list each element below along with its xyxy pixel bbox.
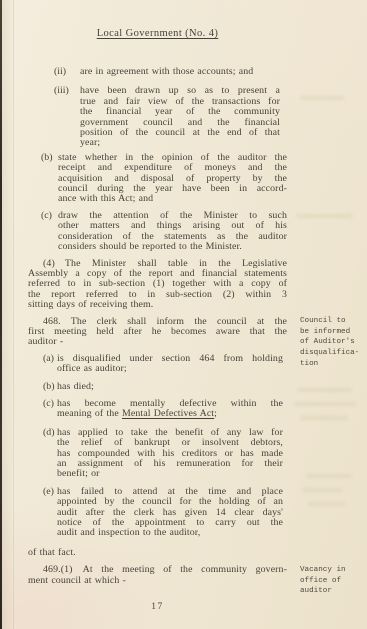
- list-label: (b): [43, 382, 57, 392]
- closing-phrase: of that fact.: [28, 548, 287, 558]
- show-through-mark: [296, 214, 352, 218]
- list-item-line: meaning of the Mental Defectives Act;: [57, 409, 283, 419]
- paper-crease: [13, 0, 14, 629]
- list-label: (ii): [54, 67, 80, 77]
- list-label: (d): [43, 428, 57, 438]
- show-through-mark: [298, 388, 352, 392]
- show-through-mark: [306, 474, 352, 478]
- show-through-mark: [294, 402, 356, 406]
- list-item-text: is disqualified under section 464 from h…: [57, 354, 283, 375]
- show-through-mark: [302, 488, 342, 492]
- list-label: (b): [41, 153, 58, 163]
- list-item-text: are in agreement with those accounts; an…: [80, 67, 280, 77]
- list-label: (a): [43, 354, 57, 364]
- line-text: meaning of the: [57, 408, 122, 419]
- running-header: Local Government (No. 4): [28, 28, 287, 40]
- text-column: Local Government (No. 4) (ii) are in agr…: [28, 0, 287, 612]
- list-item-468-b: (b) has died;: [28, 382, 287, 392]
- list-item-b: (b) state whether in the opinion of the …: [28, 153, 287, 205]
- list-item-468-c: (c) has become mentally defective within…: [28, 399, 287, 420]
- running-header-text: Local Government (No. 4): [97, 28, 219, 39]
- list-label: (e): [43, 487, 57, 497]
- list-item-468-a: (a) is disqualified under section 464 fr…: [28, 354, 287, 375]
- list-item-text: has applied to take the benefit of any l…: [57, 428, 283, 480]
- scanned-statute-page: Local Government (No. 4) (ii) are in agr…: [0, 0, 367, 629]
- list-item-text: has become mentally defective within the…: [57, 399, 283, 420]
- page-number: 17: [28, 602, 287, 612]
- list-item-468-e: (e) has failed to attend at the time and…: [28, 487, 287, 539]
- list-item-text: draw the attention of the Minister to su…: [58, 211, 287, 253]
- list-item-text: has died;: [57, 382, 283, 392]
- show-through-mark: [300, 96, 344, 100]
- show-through-mark: [300, 416, 348, 420]
- list-item-c: (c) draw the attention of the Minister t…: [28, 211, 287, 253]
- list-label: (iii): [54, 86, 80, 96]
- list-item-ii: (ii) are in agreement with those account…: [28, 67, 287, 77]
- list-item-text: has failed to attend at the time and pla…: [57, 487, 283, 539]
- margin-note-vacancy: Vacancy inoffice ofauditor: [300, 565, 366, 597]
- show-through-mark: [308, 502, 346, 506]
- section-469-opening: 469.(1) At the meeting of the community …: [28, 565, 287, 586]
- line-text: ;: [214, 408, 217, 419]
- list-item-iii: (iii) have been drawn up so as to presen…: [28, 86, 287, 148]
- closing-line: of that fact.: [28, 548, 287, 558]
- list-item-text: state whether in the opinion of the audi…: [58, 153, 287, 205]
- list-item-468-d: (d) has applied to take the benefit of a…: [28, 428, 287, 480]
- list-item-text: have been drawn up so as to present atru…: [80, 86, 280, 148]
- section-468-opening: 468. The clerk shall inform the council …: [28, 317, 287, 348]
- act-reference: Mental Defectives Act: [122, 408, 214, 419]
- paragraph-sub-4: (4) The Minister shall table in the Legi…: [28, 259, 287, 311]
- list-label: (c): [41, 211, 58, 221]
- margin-note-council-informed: Council tobe informedof Auditor'sdisqual…: [300, 316, 366, 370]
- list-label: (c): [43, 399, 57, 409]
